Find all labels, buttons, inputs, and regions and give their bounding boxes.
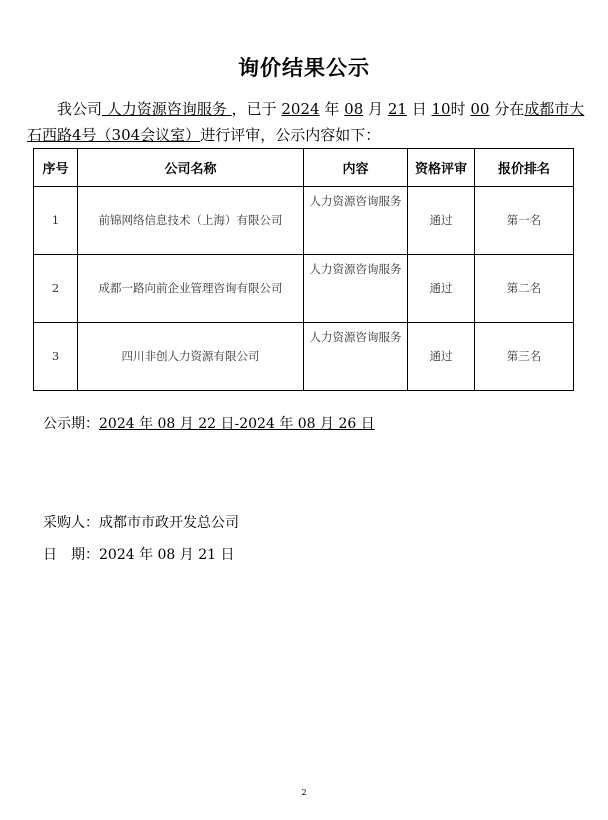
cell-rank: 第一名 (475, 187, 574, 255)
results-table: 序号 公司名称 内容 资格评审 报价排名 1 前锦网络信息技术（上海）有限公司 … (33, 148, 574, 391)
cell-content: 人力资源咨询服务 (304, 255, 408, 323)
intro-text: ，已于 (232, 100, 277, 118)
review-minute: 00 (470, 100, 489, 118)
cell-qualification: 通过 (408, 323, 475, 391)
month-unit: 月 (368, 100, 383, 118)
cell-company: 前锦网络信息技术（上海）有限公司 (78, 187, 304, 255)
header-company: 公司名称 (78, 149, 304, 187)
cell-qualification: 通过 (408, 255, 475, 323)
date-value: 2024 年 08 月 21 日 (99, 547, 235, 563)
table-row: 2 成都一路向前企业管理咨询有限公司 人力资源咨询服务 通过 第二名 (34, 255, 574, 323)
minute-unit: 分在 (494, 100, 524, 118)
document-date: 日 期：2024 年 08 月 21 日 (43, 544, 235, 564)
buyer-label: 采购人： (43, 515, 99, 531)
review-month: 08 (344, 100, 363, 118)
cell-no: 1 (34, 187, 78, 255)
header-qualification: 资格评审 (408, 149, 475, 187)
page-title: 询价结果公示 (0, 52, 608, 82)
cell-no: 3 (34, 323, 78, 391)
header-no: 序号 (34, 149, 78, 187)
table-row: 3 四川非创人力资源有限公司 人力资源咨询服务 通过 第三名 (34, 323, 574, 391)
intro-paragraph: 我公司 人力资源咨询服务 ，已于 2024 年 08 月 21 日 10时 00… (27, 96, 587, 148)
review-year: 2024 (281, 100, 319, 118)
buyer: 采购人：成都市市政开发总公司 (43, 512, 239, 532)
table-header-row: 序号 公司名称 内容 资格评审 报价排名 (34, 149, 574, 187)
intro-prefix: 我公司 (57, 100, 102, 118)
day-unit: 日 (412, 100, 427, 118)
hour-unit: 时 (451, 100, 466, 118)
cell-qualification: 通过 (408, 187, 475, 255)
publicity-period-label: 公示期： (43, 416, 99, 432)
project-name: 人力资源咨询服务 (102, 100, 232, 118)
cell-company: 成都一路向前企业管理咨询有限公司 (78, 255, 304, 323)
review-hour: 10 (432, 100, 451, 118)
cell-no: 2 (34, 255, 78, 323)
year-unit: 年 (324, 100, 339, 118)
cell-rank: 第二名 (475, 255, 574, 323)
intro-suffix: 进行评审，公示内容如下： (200, 126, 380, 144)
date-label: 日 期： (43, 547, 99, 563)
cell-content: 人力资源咨询服务 (304, 323, 408, 391)
cell-company: 四川非创人力资源有限公司 (78, 323, 304, 391)
table-row: 1 前锦网络信息技术（上海）有限公司 人力资源咨询服务 通过 第一名 (34, 187, 574, 255)
cell-rank: 第三名 (475, 323, 574, 391)
page-number: 2 (0, 788, 608, 797)
header-rank: 报价排名 (475, 149, 574, 187)
review-day: 21 (388, 100, 407, 118)
cell-content: 人力资源咨询服务 (304, 187, 408, 255)
publicity-period: 公示期：2024 年 08 月 22 日-2024 年 08 月 26 日 (43, 413, 375, 433)
publicity-period-value: 2024 年 08 月 22 日-2024 年 08 月 26 日 (99, 416, 375, 432)
header-content: 内容 (304, 149, 408, 187)
buyer-value: 成都市市政开发总公司 (99, 515, 239, 531)
